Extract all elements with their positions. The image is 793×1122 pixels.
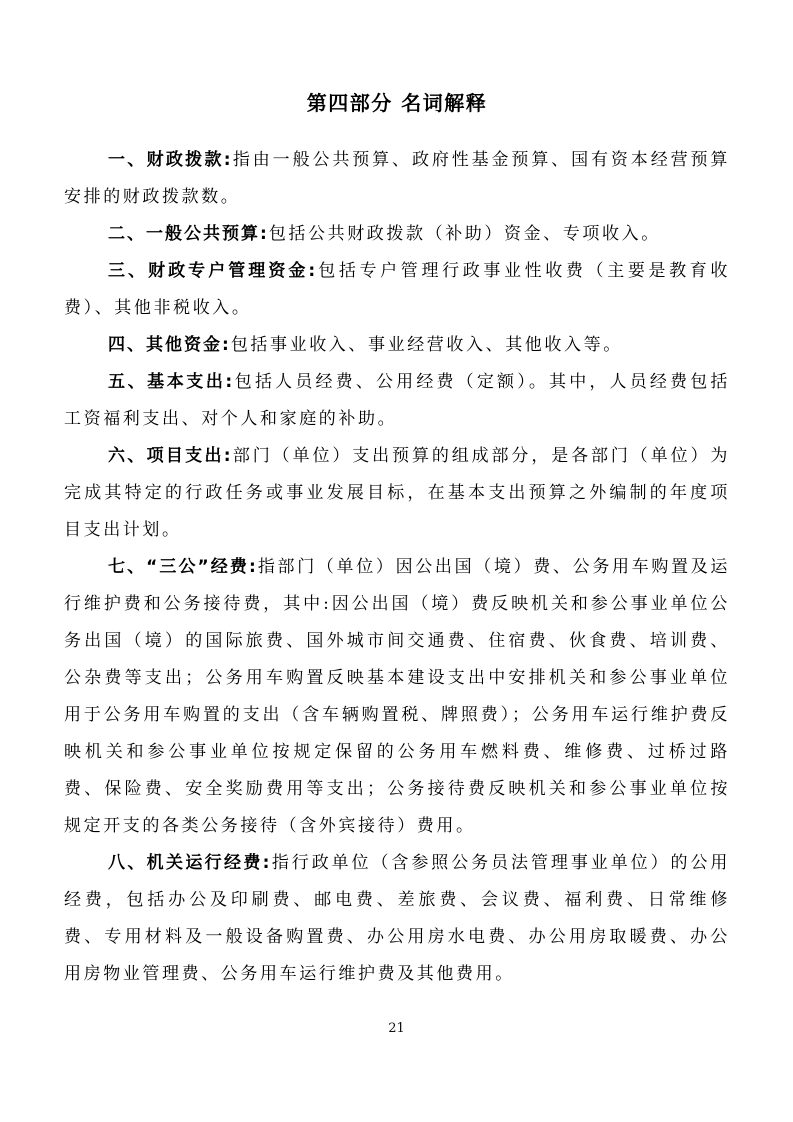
term-label: 四、其他资金: <box>108 335 231 355</box>
term-label: 七、“三公”经费: <box>108 557 258 577</box>
term-paragraph: 三、财政专户管理资金:包括专户管理行政事业性收费（主要是教育收费）、其他非税收入… <box>64 253 730 327</box>
term-label: 六、项目支出: <box>108 446 233 466</box>
term-definition: 包括事业收入、事业经营收入、其他收入等。 <box>231 335 623 355</box>
document-body: 一、财政拨款:指由一般公共预算、政府性基金预算、国有资本经营预算安排的财政拨款数… <box>64 142 730 993</box>
term-paragraph: 五、基本支出:包括人员经费、公用经费（定额）。其中，人员经费包括工资福利支出、对… <box>64 364 730 438</box>
term-paragraph: 四、其他资金:包括事业收入、事业经营收入、其他收入等。 <box>64 327 730 364</box>
term-definition: 包括公共财政拨款（补助）资金、专项收入。 <box>269 224 661 244</box>
term-label: 五、基本支出: <box>108 372 234 392</box>
term-label: 三、财政专户管理资金: <box>108 261 317 281</box>
term-definition: 指部门（单位）因公出国（境）费、公务用车购置及运行维护费和公务接待费，其中:因公… <box>64 557 730 836</box>
term-label: 一、财政拨款: <box>108 150 233 170</box>
term-paragraph: 八、机关运行经费:指行政单位（含参照公务员法管理事业单位）的公用经费，包括办公及… <box>64 845 730 993</box>
term-paragraph: 一、财政拨款:指由一般公共预算、政府性基金预算、国有资本经营预算安排的财政拨款数… <box>64 142 730 216</box>
term-paragraph: 七、“三公”经费:指部门（单位）因公出国（境）费、公务用车购置及运行维护费和公务… <box>64 549 730 845</box>
term-label: 八、机关运行经费: <box>108 853 271 873</box>
page-number: 21 <box>0 1020 793 1038</box>
term-paragraph: 六、项目支出:部门（单位）支出预算的组成部分，是各部门（单位）为完成其特定的行政… <box>64 438 730 549</box>
page-title: 第四部分 名词解释 <box>64 90 730 116</box>
document-page: 第四部分 名词解释 一、财政拨款:指由一般公共预算、政府性基金预算、国有资本经营… <box>0 0 793 1122</box>
term-label: 二、一般公共预算: <box>108 224 269 244</box>
term-paragraph: 二、一般公共预算:包括公共财政拨款（补助）资金、专项收入。 <box>64 216 730 253</box>
